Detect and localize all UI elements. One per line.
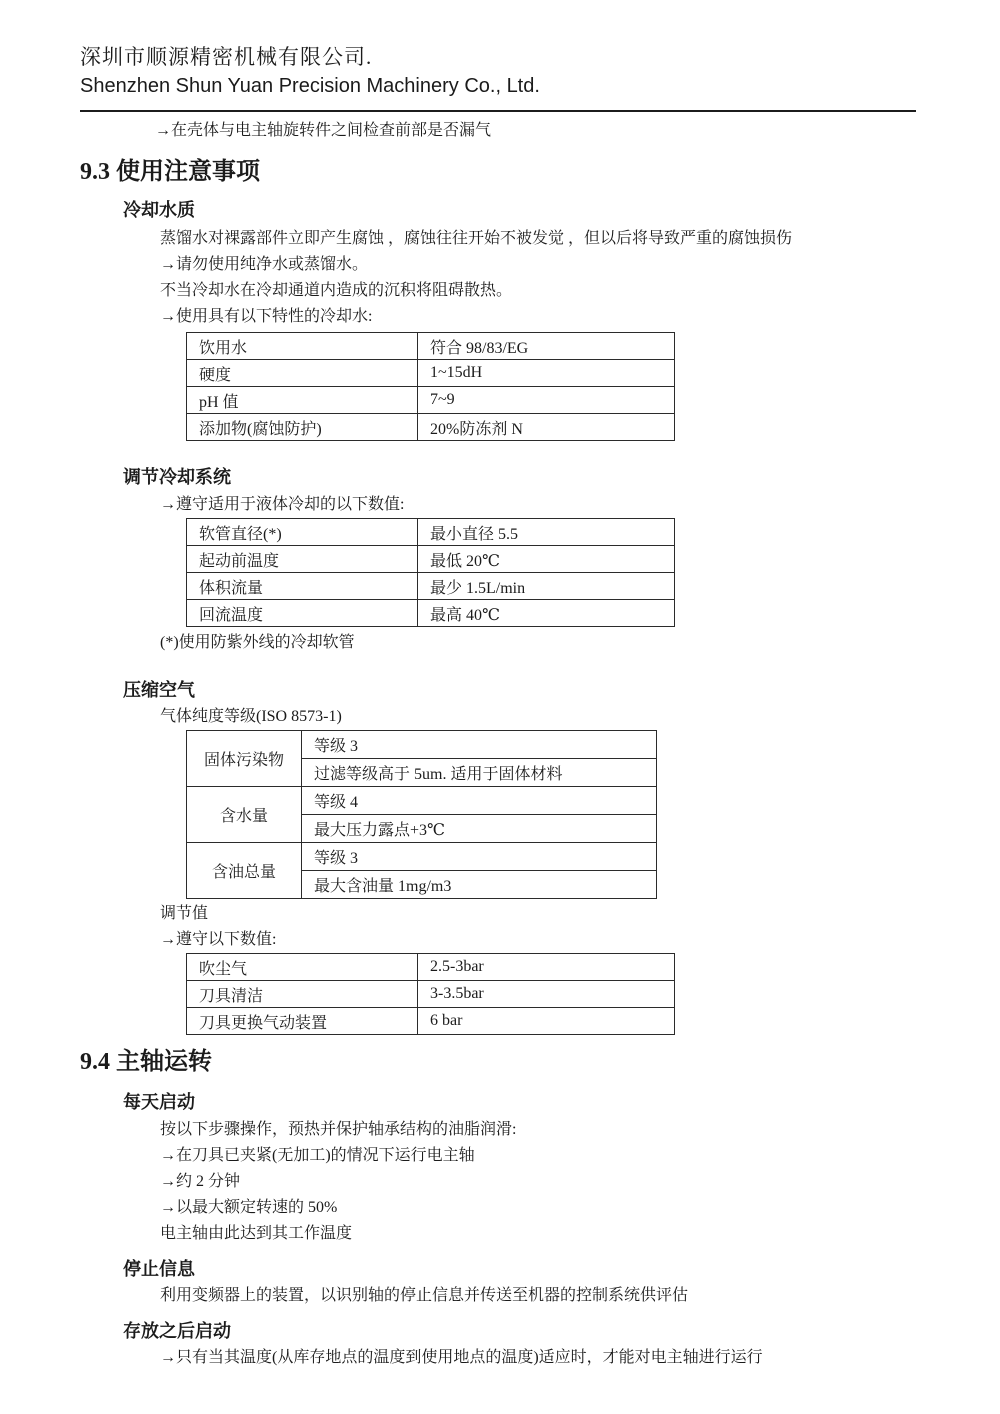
document-page: 深圳市顺源精密机械有限公司. Shenzhen Shun Yuan Precis… [0, 0, 1000, 1414]
table-cell-value: 等级 3 [302, 731, 657, 759]
table-cell-value: 最小直径 5.5 [418, 519, 675, 546]
page-header: 深圳市顺源精密机械有限公司. Shenzhen Shun Yuan Precis… [80, 0, 916, 112]
table-cell-value: 7~9 [418, 387, 675, 414]
section-93-title: 9.3 使用注意事项 [80, 157, 1000, 188]
air-purity-table: 固体污染物 等级 3 过滤等级高于 5um. 适用于固体材料 含水量 等级 4 … [186, 730, 657, 899]
stop-info-title: 停止信息 [123, 1257, 1000, 1281]
lead-note: →在壳体与电主轴旋转件之间检查前部是否漏气 [155, 121, 1000, 141]
table-cell-value: 1~15dH [418, 360, 675, 387]
company-name-cn: 深圳市顺源精密机械有限公司. [80, 44, 916, 71]
daily-start-paragraph: 电主轴由此达到其工作温度 [160, 1221, 940, 1247]
adjust-value-note: →遵守以下数值: [160, 927, 940, 953]
table-row: 固体污染物 等级 3 [187, 731, 657, 759]
table-cell-value: 最少 1.5L/min [418, 573, 675, 600]
coolant-water-spec-table: 饮用水 符合 98/83/EG 硬度 1~15dH pH 值 7~9 添加物(腐… [186, 332, 675, 441]
table-cell-value: 等级 3 [302, 843, 657, 871]
table-row: 回流温度 最高 40℃ [187, 600, 675, 627]
coolant-quality-title: 冷却水质 [123, 198, 1000, 222]
coolant-paragraph: →使用具有以下特性的冷却水: [160, 304, 940, 330]
table-row: 刀具更换气动装置 6 bar [187, 1008, 675, 1035]
coolant-paragraph: 不当冷却水在冷却通道内造成的沉积将阻碍散热。 [160, 278, 940, 304]
table-cell-value: 20%防冻剂 N [418, 414, 675, 441]
daily-start-title: 每天启动 [123, 1090, 1000, 1114]
table-row: 含水量 等级 4 [187, 787, 657, 815]
daily-start-paragraph: →以最大额定转速的 50% [160, 1195, 940, 1221]
company-name-en: Shenzhen Shun Yuan Precision Machinery C… [80, 73, 916, 100]
table-cell-value: 6 bar [418, 1008, 675, 1035]
table-cell-group-label: 含油总量 [187, 843, 302, 899]
table-cell-label: 回流温度 [187, 600, 418, 627]
table-cell-label: pH 值 [187, 387, 418, 414]
table-row: 刀具清洁 3-3.5bar [187, 981, 675, 1008]
table-cell-label: 起动前温度 [187, 546, 418, 573]
pressure-spec-table: 吹尘气 2.5-3bar 刀具清洁 3-3.5bar 刀具更换气动装置 6 ba… [186, 953, 675, 1035]
table-cell-group-label: 固体污染物 [187, 731, 302, 787]
restart-paragraph: →只有当其温度(从库存地点的温度到使用地点的温度)适应时，才能对电主轴进行运行 [160, 1345, 940, 1371]
table-cell-value: 等级 4 [302, 787, 657, 815]
table-cell-value: 2.5-3bar [418, 954, 675, 981]
cooling-system-footnote: (*)使用防紫外线的冷却软管 [160, 630, 940, 656]
table-row: pH 值 7~9 [187, 387, 675, 414]
table-cell-group-label: 含水量 [187, 787, 302, 843]
cooling-system-spec-table: 软管直径(*) 最小直径 5.5 起动前温度 最低 20℃ 体积流量 最少 1.… [186, 518, 675, 627]
table-cell-label: 添加物(腐蚀防护) [187, 414, 418, 441]
table-cell-label: 刀具清洁 [187, 981, 418, 1008]
table-cell-label: 体积流量 [187, 573, 418, 600]
table-cell-value: 3-3.5bar [418, 981, 675, 1008]
stop-info-paragraph: 利用变频器上的装置，以识别轴的停止信息并传送至机器的控制系统供评估 [160, 1283, 940, 1309]
table-cell-value: 最低 20℃ [418, 546, 675, 573]
table-cell-label: 饮用水 [187, 333, 418, 360]
daily-start-paragraph: →约 2 分钟 [160, 1169, 940, 1195]
table-cell-value: 符合 98/83/EG [418, 333, 675, 360]
adjust-value-label: 调节值 [160, 901, 940, 927]
daily-start-paragraph: →在刀具已夹紧(无加工)的情况下运行电主轴 [160, 1143, 940, 1169]
table-row: 吹尘气 2.5-3bar [187, 954, 675, 981]
coolant-paragraph: →请勿使用纯净水或蒸馏水。 [160, 252, 940, 278]
table-cell-value: 最高 40℃ [418, 600, 675, 627]
table-row: 硬度 1~15dH [187, 360, 675, 387]
air-purity-note: 气体纯度等级(ISO 8573-1) [160, 704, 940, 730]
table-row: 软管直径(*) 最小直径 5.5 [187, 519, 675, 546]
cooling-system-paragraph: →遵守适用于液体冷却的以下数值: [160, 492, 940, 518]
cooling-system-title: 调节冷却系统 [123, 465, 1000, 489]
table-cell-label: 吹尘气 [187, 954, 418, 981]
table-cell-value: 过滤等级高于 5um. 适用于固体材料 [302, 759, 657, 787]
table-row: 含油总量 等级 3 [187, 843, 657, 871]
table-row: 饮用水 符合 98/83/EG [187, 333, 675, 360]
table-cell-label: 硬度 [187, 360, 418, 387]
restart-title: 存放之后启动 [123, 1319, 1000, 1343]
table-cell-label: 软管直径(*) [187, 519, 418, 546]
table-row: 添加物(腐蚀防护) 20%防冻剂 N [187, 414, 675, 441]
table-cell-value: 最大含油量 1mg/m3 [302, 871, 657, 899]
coolant-paragraph: 蒸馏水对裸露部件立即产生腐蚀 ，腐蚀往往开始不被发觉 ，但以后将导致严重的腐蚀损… [160, 226, 940, 252]
daily-start-paragraph: 按以下步骤操作，预热并保护轴承结构的油脂润滑: [160, 1117, 940, 1143]
section-94-title: 9.4 主轴运转 [80, 1047, 1000, 1078]
table-cell-value: 最大压力露点+3℃ [302, 815, 657, 843]
compressed-air-title: 压缩空气 [123, 678, 1000, 702]
table-row: 体积流量 最少 1.5L/min [187, 573, 675, 600]
table-cell-label: 刀具更换气动装置 [187, 1008, 418, 1035]
table-row: 起动前温度 最低 20℃ [187, 546, 675, 573]
